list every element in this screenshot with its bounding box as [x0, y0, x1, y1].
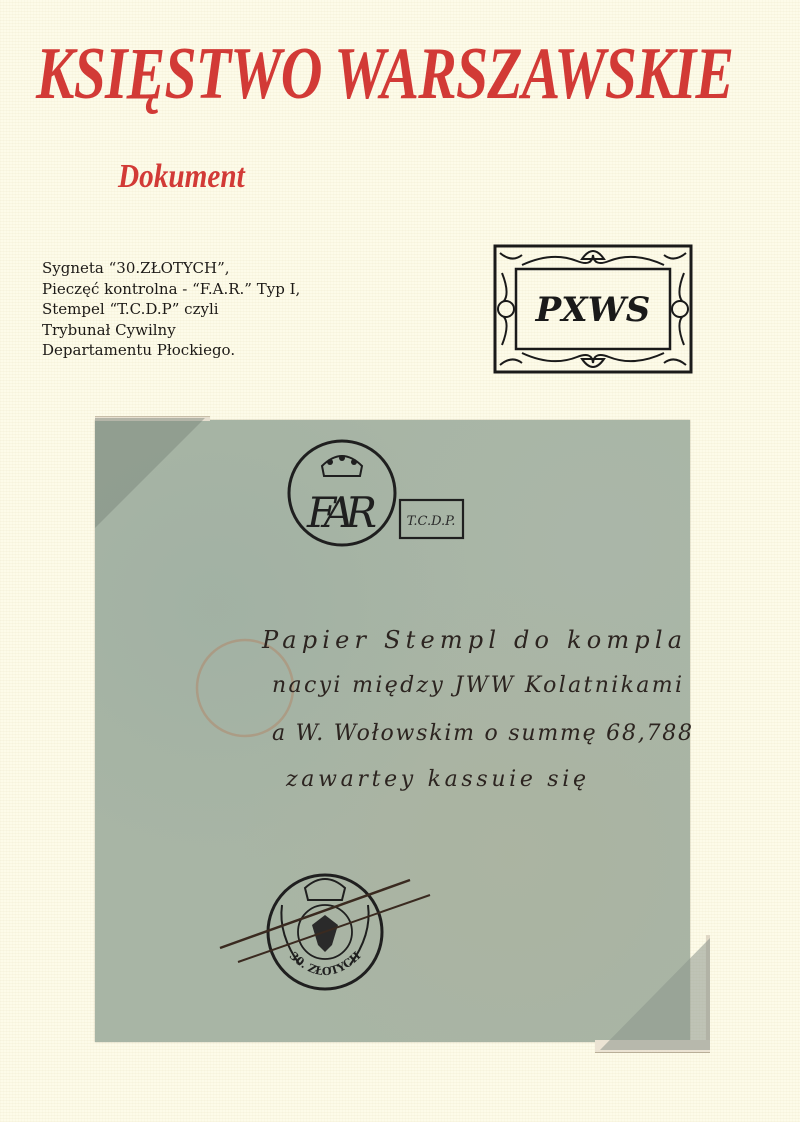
caption-line: Pieczęć kontrolna - “F.A.R.” Typ I,: [42, 279, 342, 300]
stamp-illustration-text: PXWS: [535, 290, 651, 330]
page-subtitle: Dokument: [118, 158, 245, 196]
caption-line: Sygneta “30.ZŁOTYCH”,: [42, 258, 342, 279]
ornamental-stamp-illustration: PXWS: [492, 243, 694, 375]
mount-corner-bottom-right: [600, 938, 710, 1050]
caption-block: Sygneta “30.ZŁOTYCH”, Pieczęć kontrolna …: [42, 258, 342, 361]
caption-line: Trybunał Cywilny: [42, 320, 342, 341]
caption-line: Stempel “T.C.D.P” czyli: [42, 299, 342, 320]
mount-corner-top-left: [95, 418, 205, 528]
page-title: KSIĘSTWO WARSZAWSKIE: [36, 34, 605, 114]
caption-line: Departamentu Płockiego.: [42, 340, 342, 361]
